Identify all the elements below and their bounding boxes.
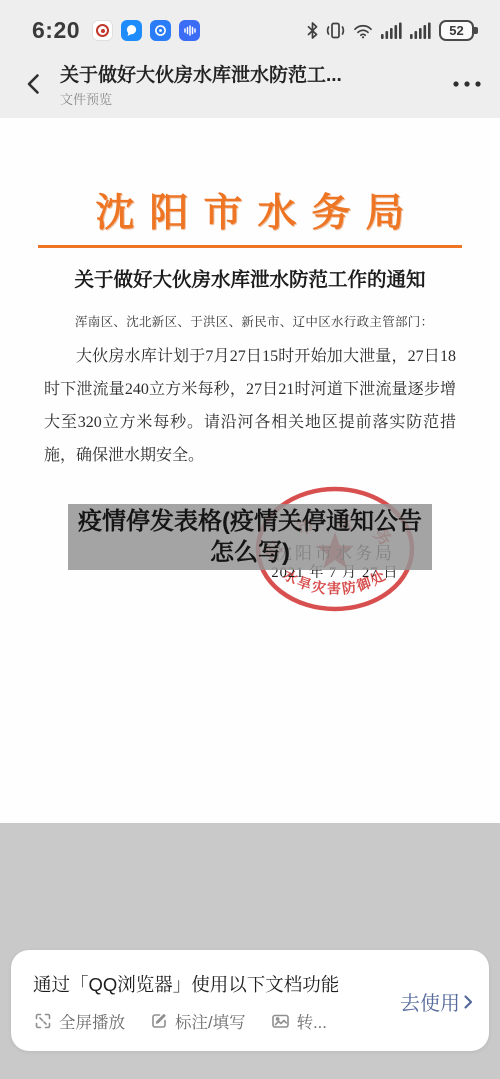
signal-bars-sim1	[381, 22, 402, 39]
go-use-label: 去使用	[400, 987, 460, 1016]
annotate-fill-icon	[149, 1011, 169, 1031]
feature-row: 全屏播放 标注/填写 转...	[33, 1009, 339, 1033]
clock: 6:20	[32, 17, 80, 44]
feature-convert[interactable]: 转...	[270, 1009, 327, 1033]
nav-bar: 关于做好大伙房水库泄水防范工... 文件预览	[0, 55, 500, 118]
system-status-icons: 52	[307, 20, 474, 41]
doc-agency-header: 沈阳市水务局	[0, 182, 500, 238]
doc-salutation: 浑南区、沈北新区、于洪区、新民市、辽中区水行政主管部门：	[0, 312, 456, 330]
signal-bars-sim2	[410, 22, 431, 39]
feature-annotate-fill[interactable]: 标注/填写	[149, 1009, 246, 1033]
more-menu-button[interactable]	[428, 60, 482, 108]
watermark-caption-overlay: 疫情停发表格(疫情关停通知公告怎么写)	[68, 504, 432, 570]
status-bar: 6:20 52	[0, 0, 500, 55]
ellipsis-icon	[452, 80, 482, 88]
feature-card-title: 通过「QQ浏览器」使用以下文档功能	[33, 971, 339, 997]
battery-indicator: 52	[439, 20, 474, 41]
phone-screen: 6:20 52 关于做好大伙房水库泄水防范工...	[0, 0, 500, 1079]
back-button[interactable]	[10, 60, 58, 108]
gov-emblem-icon	[92, 20, 113, 41]
bluetooth-icon	[307, 22, 318, 39]
qq-browser-feature-card: 通过「QQ浏览器」使用以下文档功能 全屏播放 标注/填写 转... 去使用	[11, 950, 489, 1051]
doc-body-paragraph: 大伙房水库计划于7月27日15时开始加大泄量，27日18时下泄流量240立方米每…	[0, 340, 500, 472]
page-subtitle: 文件预览	[60, 89, 428, 108]
chevron-right-icon	[463, 994, 473, 1010]
doc-header-rule	[38, 245, 462, 248]
feature-label: 全屏播放	[59, 1009, 125, 1033]
dial-icon	[150, 20, 171, 41]
document-preview-page: 沈阳市水务局 关于做好大伙房水库泄水防范工作的通知 浑南区、沈北新区、于洪区、新…	[0, 118, 500, 823]
go-use-button[interactable]: 去使用	[392, 987, 473, 1016]
page-title: 关于做好大伙房水库泄水防范工...	[60, 60, 428, 87]
battery-percent: 52	[449, 23, 463, 38]
image-convert-icon	[270, 1011, 291, 1031]
vibrate-icon	[326, 22, 345, 39]
notification-icons	[92, 20, 200, 41]
feature-card-content: 通过「QQ浏览器」使用以下文档功能 全屏播放 标注/填写 转...	[33, 971, 339, 1033]
feature-label: 标注/填写	[175, 1009, 246, 1033]
voice-wave-icon	[179, 20, 200, 41]
nav-title-block: 关于做好大伙房水库泄水防范工... 文件预览	[60, 60, 428, 108]
wifi-icon	[353, 23, 373, 39]
feature-label: 转...	[297, 1009, 327, 1033]
feature-fullscreen-play[interactable]: 全屏播放	[33, 1009, 125, 1033]
doc-title: 关于做好大伙房水库泄水防范工作的通知	[0, 264, 500, 292]
chat-bubble-icon	[121, 20, 142, 41]
fullscreen-play-icon	[33, 1011, 53, 1031]
